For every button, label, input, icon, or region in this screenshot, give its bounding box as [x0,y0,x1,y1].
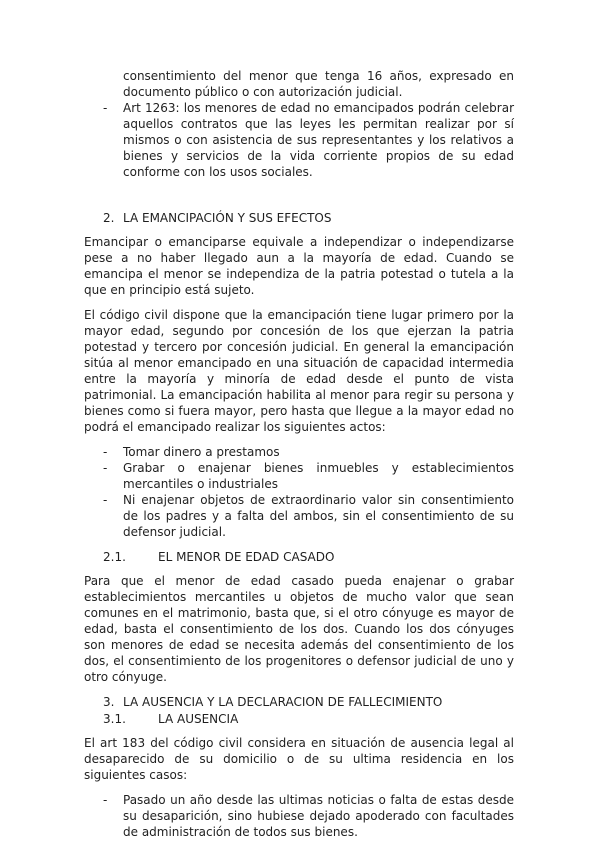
heading-number: 2. [103,210,123,226]
section-heading-emancipacion: 2. LA EMANCIPACIÓN Y SUS EFECTOS [84,210,514,226]
list-marker: - [103,792,123,840]
list-marker-empty [103,68,123,100]
paragraph-emancipar: Emancipar o emanciparse equivale a indep… [84,234,514,298]
list-item: - Pasado un año desde las ultimas notici… [103,792,514,840]
ausencia-list: - Pasado un año desde las ultimas notici… [84,792,514,840]
heading-number: 2.1. [103,549,158,565]
list-marker: - [103,100,123,180]
list-marker: - [103,460,123,492]
list-item-text: Tomar dinero a prestamos [123,444,514,460]
list-item: - Art 1263: los menores de edad no emanc… [103,100,514,180]
paragraph-art-183: El art 183 del código civil considera en… [84,735,514,783]
intro-list: consentimiento del menor que tenga 16 añ… [84,68,514,180]
list-item-text: Pasado un año desde las ultimas noticias… [123,792,514,840]
heading-label: EL MENOR DE EDAD CASADO [158,549,514,565]
list-item-text: consentimiento del menor que tenga 16 añ… [123,68,514,100]
paragraph-codigo-civil: El código civil dispone que la emancipac… [84,307,514,435]
list-marker: - [103,444,123,460]
section-heading-la-ausencia: 3.1. LA AUSENCIA [84,711,514,727]
list-item: - Grabar o enajenar bienes inmuebles y e… [103,460,514,492]
list-item-text: Ni enajenar objetos de extraordinario va… [123,492,514,540]
heading-number: 3. [103,694,123,710]
heading-label: LA AUSENCIA [158,711,514,727]
list-item-text: Art 1263: los menores de edad no emancip… [123,100,514,180]
list-item: - Tomar dinero a prestamos [103,444,514,460]
document-page: consentimiento del menor que tenga 16 añ… [0,0,599,848]
heading-label: LA EMANCIPACIÓN Y SUS EFECTOS [123,210,514,226]
acts-list: - Tomar dinero a prestamos - Grabar o en… [84,444,514,540]
section-heading-menor-casado: 2.1. EL MENOR DE EDAD CASADO [84,549,514,565]
list-item: - Ni enajenar objetos de extraordinario … [103,492,514,540]
section-heading-ausencia-fallecimiento: 3. LA AUSENCIA Y LA DECLARACION DE FALLE… [84,694,514,710]
heading-number: 3.1. [103,711,158,727]
paragraph-menor-casado: Para que el menor de edad casado pueda e… [84,573,514,685]
list-item-text: Grabar o enajenar bienes inmuebles y est… [123,460,514,492]
list-marker: - [103,492,123,540]
heading-label: LA AUSENCIA Y LA DECLARACION DE FALLECIM… [123,694,514,710]
list-item: consentimiento del menor que tenga 16 añ… [103,68,514,100]
